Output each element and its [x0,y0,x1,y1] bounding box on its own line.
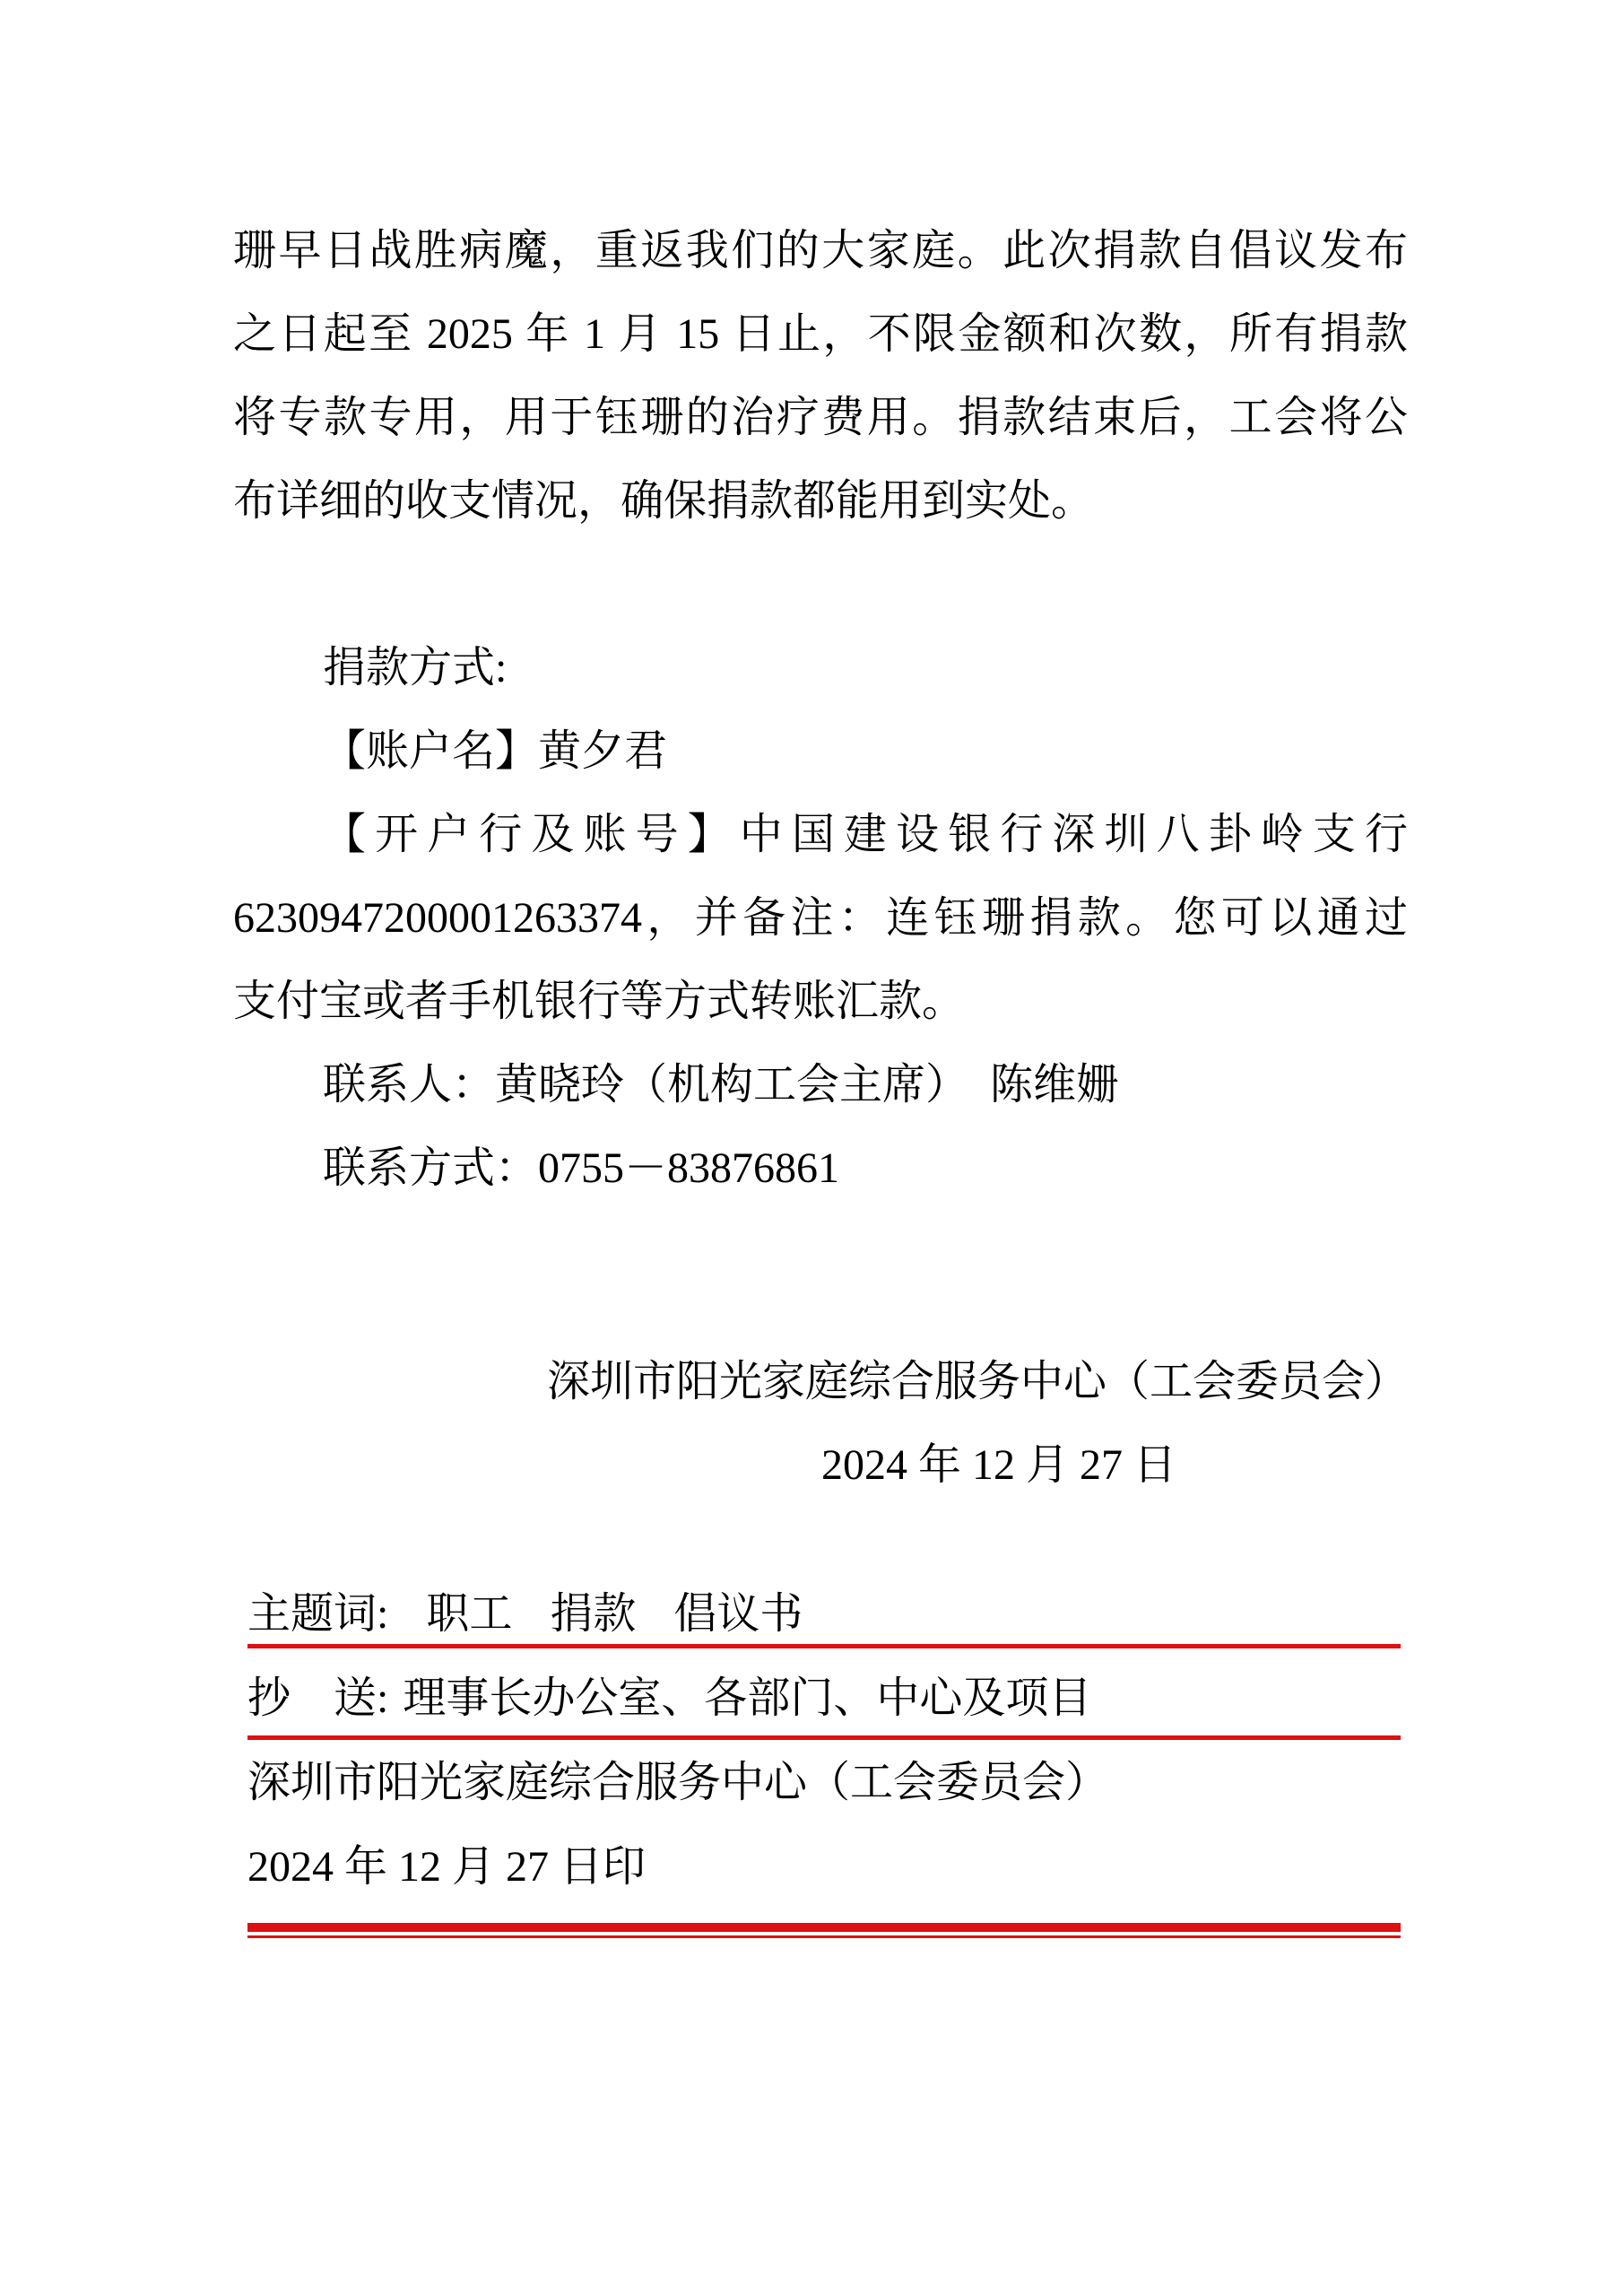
donation-method-heading: 捐款方式: [233,626,1408,709]
separator-rule-top [247,1644,1401,1648]
bottom-double-rule-thin [247,1935,1401,1938]
body-text-block: 珊早日战胜病魔，重返我们的大家庭。此次捐款自倡议发布 之日起至 2025 年 1… [233,209,1408,1210]
paragraph-line: 之日起至 2025 年 1 月 15 日止，不限金额和次数，所有捐款 [233,292,1408,376]
payment-note-line: 支付宝或者手机银行等方式转账汇款。 [233,960,1408,1043]
cc-value: 理事长办公室、各部门、中心及项目 [403,1657,1091,1741]
cc-label: 抄 送: [247,1657,388,1741]
bank-account-line: 【开户行及账号】中国建设银行深圳八卦岭支行 [233,793,1408,876]
paragraph-line: 布详细的收支情况，确保捐款都能用到实处。 [233,459,1408,543]
print-date-line: 2024 年 12 月 27 日印 [247,1825,1401,1909]
blank-line [233,543,1408,626]
issuer-line: 深圳市阳光家庭综合服务中心（工会委员会） [247,1741,1401,1825]
contact-number-line: 联系方式：0755－83876861 [233,1126,1408,1210]
paragraph-line: 珊早日战胜病魔，重返我们的大家庭。此次捐款自倡议发布 [233,209,1408,292]
separator-rule-middle [247,1735,1401,1740]
signature-organization: 深圳市阳光家庭综合服务中心（工会委员会） [233,1340,1408,1423]
account-number-line: 6230947200001263374，并备注：连钰珊捐款。您可以通过 [233,876,1408,960]
cc-row: 抄 送: 理事长办公室、各部门、中心及项目 [247,1657,1401,1741]
contact-person-line: 联系人：黄晓玲（机构工会主席） 陈维姗 [233,1043,1408,1126]
paragraph-line: 将专款专用，用于钰珊的治疗费用。捐款结束后，工会将公 [233,376,1408,459]
account-name-line: 【账户名】黄夕君 [233,709,1408,793]
document-page: 珊早日战胜病魔，重返我们的大家庭。此次捐款自倡议发布 之日起至 2025 年 1… [0,0,1623,2296]
bottom-double-rule-thick [247,1923,1401,1932]
signature-date: 2024 年 12 月 27 日 [233,1423,1408,1507]
